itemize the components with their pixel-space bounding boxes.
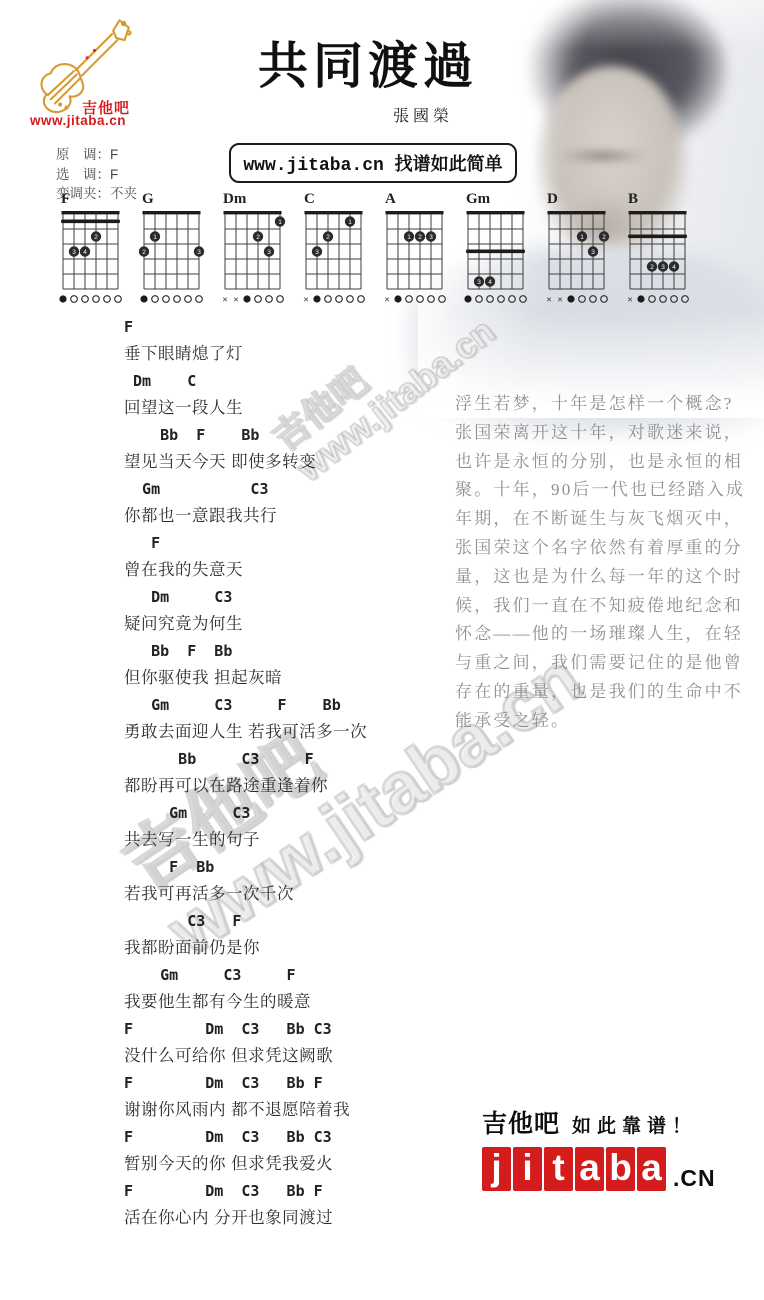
chord-line: F Dm C3 Bb C3 xyxy=(124,1016,367,1043)
svg-text:1: 1 xyxy=(580,234,584,241)
chord-line: F xyxy=(124,530,367,557)
footer-top-row: 吉他吧 如此靠谱！ xyxy=(482,1104,716,1140)
svg-text:×: × xyxy=(303,294,309,305)
svg-text:3: 3 xyxy=(477,279,481,286)
chord-line: Gm C3 F xyxy=(124,962,367,989)
svg-text:1: 1 xyxy=(278,219,282,226)
lyric-line: 没什么可给你 但求凭这阙歌 xyxy=(124,1043,367,1070)
chord-line: Gm C3 F Bb xyxy=(124,692,367,719)
song-line: F Dm C3 Bb F谢谢你风雨内 都不退愿陪着我 xyxy=(124,1070,367,1124)
svg-text:1: 1 xyxy=(348,219,352,226)
svg-text:3: 3 xyxy=(267,249,271,256)
song-line: F曾在我的失意天 xyxy=(124,530,367,584)
chord-line: C3 F xyxy=(124,908,367,935)
song-line: Gm C3共去写一生的句子 xyxy=(124,800,367,854)
lyric-line: 曾在我的失意天 xyxy=(124,557,367,584)
chord-line: Dm C xyxy=(124,368,367,395)
svg-text:3: 3 xyxy=(315,249,319,256)
song-line: F Bb若我可再活多一次千次 xyxy=(124,854,367,908)
chord-line: Dm C3 xyxy=(124,584,367,611)
song-line: Gm C3 F Bb勇敢去面迎人生 若我可活多一次 xyxy=(124,692,367,746)
song-line: F Dm C3 Bb C3暂别今天的你 但求凭我爱火 xyxy=(124,1124,367,1178)
lyric-line: 暂别今天的你 但求凭我爱火 xyxy=(124,1151,367,1178)
lyric-line: 疑问究竟为何生 xyxy=(124,611,367,638)
svg-text:×: × xyxy=(557,294,563,305)
chord-line: Bb F Bb xyxy=(124,638,367,665)
lyric-line: 都盼再可以在路途重逢着你 xyxy=(124,773,367,800)
svg-text:4: 4 xyxy=(83,249,87,256)
key-info-original: 原 调：F xyxy=(56,145,137,165)
song-line: C3 F我都盼面前仍是你 xyxy=(124,908,367,962)
footer-slogan-text: 如此靠谱！ xyxy=(572,1111,697,1138)
chord-name: D xyxy=(547,192,612,206)
footer-brand-text: 吉他吧 xyxy=(482,1104,560,1140)
lyric-line: 谢谢你风雨内 都不退愿陪着我 xyxy=(124,1097,367,1124)
chord-diagram-C: C123× xyxy=(301,192,369,310)
chord-name: C xyxy=(304,192,369,206)
lyric-line: 勇敢去面迎人生 若我可活多一次 xyxy=(124,719,367,746)
lyric-line: 我都盼面前仍是你 xyxy=(124,935,367,962)
logo-url-text: www.jitaba.cn xyxy=(30,113,126,128)
artist-name: 張國榮 xyxy=(393,103,453,126)
key-info-selected: 选 调：F xyxy=(56,165,137,185)
chord-name: F xyxy=(61,192,126,206)
chord-diagram-Dm: Dm123×× xyxy=(220,192,288,310)
footer-tile-letter: t xyxy=(544,1147,573,1191)
footer-tiles: jitaba.CN xyxy=(482,1147,716,1191)
chord-name: A xyxy=(385,192,450,206)
chord-diagram-B: B234× xyxy=(625,192,693,310)
song-line: Bb C3 F都盼再可以在路途重逢着你 xyxy=(124,746,367,800)
song-line: F Dm C3 Bb F活在你心内 分开也象同渡过 xyxy=(124,1178,367,1232)
svg-text:2: 2 xyxy=(142,249,146,256)
svg-text:3: 3 xyxy=(661,264,665,271)
song-title: 共同渡過 xyxy=(232,26,504,98)
lyric-line: 共去写一生的句子 xyxy=(124,827,367,854)
chord-line: Gm C3 xyxy=(124,800,367,827)
song-line: Gm C3你都也一意跟我共行 xyxy=(124,476,367,530)
svg-text:×: × xyxy=(546,294,552,305)
chord-line: F Dm C3 Bb C3 xyxy=(124,1124,367,1151)
lyric-line: 活在你心内 分开也象同渡过 xyxy=(124,1205,367,1232)
song-line: F垂下眼睛熄了灯 xyxy=(124,314,367,368)
footer-tile-letter: i xyxy=(513,1147,542,1191)
svg-text:1: 1 xyxy=(153,234,157,241)
svg-text:2: 2 xyxy=(256,234,260,241)
chord-name: Gm xyxy=(466,192,531,206)
chord-diagram-Gm: Gm34 xyxy=(463,192,531,310)
footer-logo: 吉他吧 如此靠谱！ jitaba.CN xyxy=(482,1104,716,1191)
chord-diagram-G: G123 xyxy=(139,192,207,310)
svg-text:2: 2 xyxy=(650,264,654,271)
chord-name: G xyxy=(142,192,207,206)
song-line: Dm C回望这一段人生 xyxy=(124,368,367,422)
svg-text:×: × xyxy=(222,294,228,305)
tribute-article: 浮生若梦，十年是怎样一个概念? 张国荣离开这十年，对歌迷来说， 也许是永恒的分别… xyxy=(455,390,757,736)
svg-text:1: 1 xyxy=(407,234,411,241)
chord-diagram-F: F234 xyxy=(58,192,126,310)
svg-text:×: × xyxy=(627,294,633,305)
chord-name: B xyxy=(628,192,693,206)
chord-name: Dm xyxy=(223,192,288,206)
svg-text:×: × xyxy=(233,294,239,305)
lyrics: F垂下眼睛熄了灯 Dm C回望这一段人生 Bb F Bb望见当天今天 即使多转变… xyxy=(124,314,367,1232)
svg-text:2: 2 xyxy=(418,234,422,241)
lyric-line: 望见当天今天 即使多转变 xyxy=(124,449,367,476)
chord-diagram-A: A123× xyxy=(382,192,450,310)
chord-diagrams: F234G123Dm123××C123×A123×Gm34D123××B234× xyxy=(58,192,693,310)
svg-text:3: 3 xyxy=(429,234,433,241)
chord-line: Gm C3 xyxy=(124,476,367,503)
lyric-line: 回望这一段人生 xyxy=(124,395,367,422)
chord-line: F xyxy=(124,314,367,341)
svg-text:3: 3 xyxy=(72,249,76,256)
song-line: Bb F Bb但你驱使我 担起灰暗 xyxy=(124,638,367,692)
svg-text:4: 4 xyxy=(488,279,492,286)
site-banner: www.jitaba.cn 找谱如此简单 xyxy=(229,143,517,183)
footer-tile-letter: a xyxy=(637,1147,666,1191)
site-logo: 吉他吧 www.jitaba.cn xyxy=(28,12,158,132)
footer-tile-letter: b xyxy=(606,1147,635,1191)
song-line: Gm C3 F我要他生都有今生的暖意 xyxy=(124,962,367,1016)
footer-tile-letter: j xyxy=(482,1147,511,1191)
chord-line: Bb C3 F xyxy=(124,746,367,773)
svg-text:3: 3 xyxy=(591,249,595,256)
chord-diagram-D: D123×× xyxy=(544,192,612,310)
svg-text:×: × xyxy=(384,294,390,305)
chord-sheet-page: 吉他吧 www.jitaba.cn 吉他吧 www.jitaba.cn 吉他吧 xyxy=(0,0,764,1300)
svg-text:2: 2 xyxy=(602,234,606,241)
song-line: Bb F Bb望见当天今天 即使多转变 xyxy=(124,422,367,476)
footer-domain-suffix: .CN xyxy=(673,1165,716,1191)
song-line: F Dm C3 Bb C3没什么可给你 但求凭这阙歌 xyxy=(124,1016,367,1070)
svg-text:4: 4 xyxy=(672,264,676,271)
svg-text:2: 2 xyxy=(326,234,330,241)
chord-line: Bb F Bb xyxy=(124,422,367,449)
lyric-line: 垂下眼睛熄了灯 xyxy=(124,341,367,368)
svg-text:3: 3 xyxy=(197,249,201,256)
lyric-line: 我要他生都有今生的暖意 xyxy=(124,989,367,1016)
lyric-line: 若我可再活多一次千次 xyxy=(124,881,367,908)
svg-text:2: 2 xyxy=(94,234,98,241)
footer-tile-letter: a xyxy=(575,1147,604,1191)
chord-line: F Bb xyxy=(124,854,367,881)
chord-line: F Dm C3 Bb F xyxy=(124,1070,367,1097)
lyric-line: 但你驱使我 担起灰暗 xyxy=(124,665,367,692)
song-line: Dm C3疑问究竟为何生 xyxy=(124,584,367,638)
lyric-line: 你都也一意跟我共行 xyxy=(124,503,367,530)
chord-line: F Dm C3 Bb F xyxy=(124,1178,367,1205)
